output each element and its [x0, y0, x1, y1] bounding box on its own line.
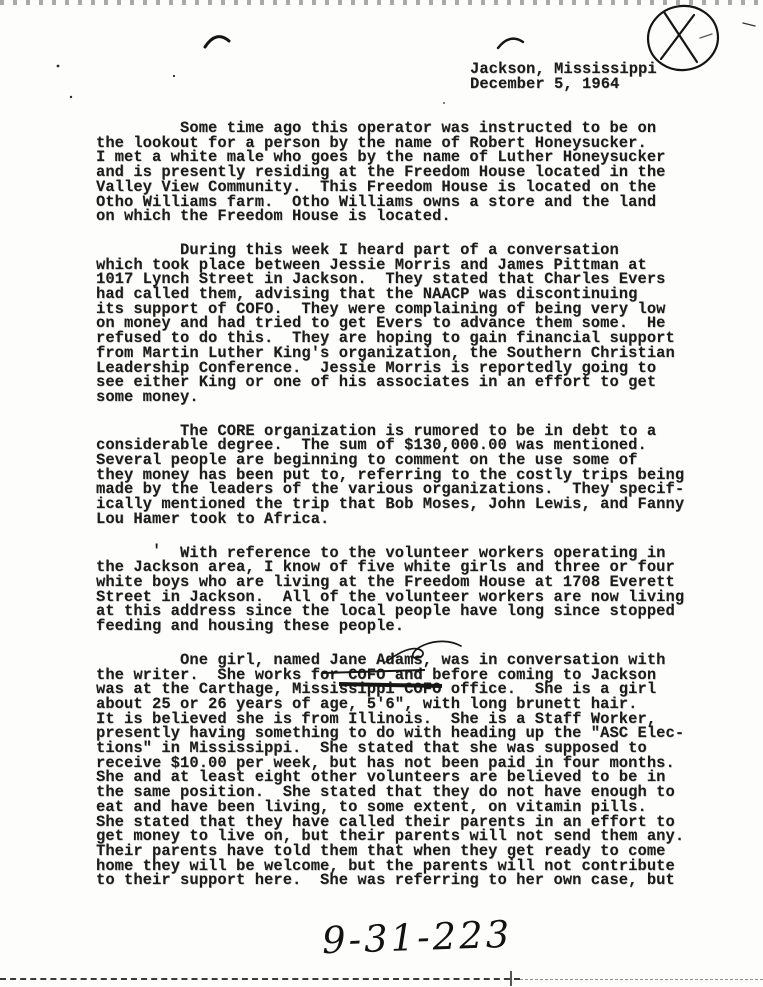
scan-edge-bottom-left [0, 978, 520, 980]
dateline-date: December 5, 1964 [470, 77, 657, 92]
scan-edge-bottom-right [520, 979, 763, 980]
paragraph-2: During this week I heard part of a conve… [96, 243, 684, 405]
staple-arc-right-icon [498, 39, 523, 48]
scan-speck-dots [57, 65, 445, 104]
document-body: Some time ago this operator was instruct… [96, 121, 684, 907]
staple-arc-left-icon [205, 37, 229, 47]
handwritten-reference-number: 9-31-223 [321, 913, 513, 963]
scanned-document-page: Jackson, Mississippi December 5, 1964 So… [0, 0, 763, 987]
corner-dash-mark [743, 23, 755, 26]
paragraph-4: With reference to the volunteer workers … [96, 546, 684, 634]
paragraph-1: Some time ago this operator was instruct… [96, 121, 684, 224]
paragraph-5: One girl, named Jane Adams, was in conve… [96, 653, 684, 888]
stray-type-mark: ' [152, 542, 161, 560]
scan-edge-top [0, 0, 763, 5]
paragraph-3: The CORE organization is rumored to be i… [96, 424, 684, 527]
scan-edge-tick [510, 971, 512, 986]
dateline: Jackson, Mississippi December 5, 1964 [470, 62, 657, 91]
